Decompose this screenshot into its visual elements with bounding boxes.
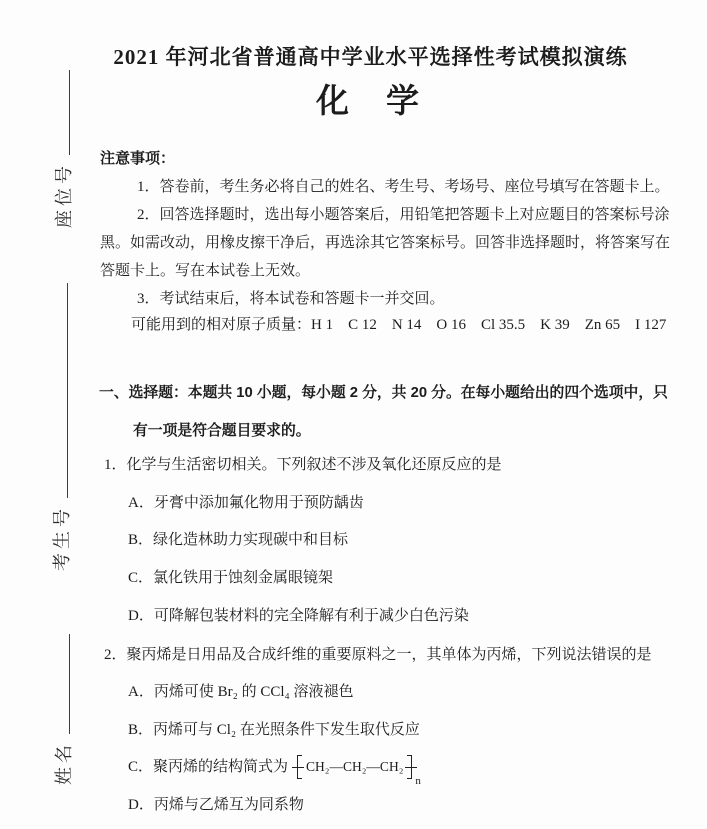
section1-header-line-2: 有一项是符合题目要求的。 (133, 422, 311, 440)
atomic-masses-line: 可能用到的相对原子质量：H 1 C 12 N 14 O 16 Cl 35.5 K… (131, 316, 666, 335)
polypropylene-structure: CH₂—CH₂—CH₂ n (292, 752, 421, 782)
q1-stem: 1．化学与生活密切相关。下列叙述不涉及氧化还原反应的是 (104, 456, 502, 475)
name-text: 姓名 (54, 741, 74, 785)
seat-number-text: 座位号 (54, 162, 74, 228)
section1-header-line-1: 一、选择题：本题共 10 小题，每小题 2 分，共 20 分。在每小题给出的四个… (99, 384, 668, 402)
exam-title: 2021 年河北省普通高中学业水平选择性考试模拟演练 (0, 44, 707, 70)
repeat-unit-formula: CH₂—CH₂—CH₂ (302, 759, 407, 776)
notice-item-2-line-2: 黑。如需改动，用橡皮擦干净后，再选涂其它答案标号。回答非选择题时，将答案写在 (100, 234, 670, 253)
name-blank-line (64, 634, 70, 734)
examinee-number-label: 考生号 (50, 287, 74, 571)
examinee-number-blank-line (62, 283, 68, 498)
q1-option-b: B．绿化造林助力实现碳中和目标 (128, 531, 348, 550)
q2-option-a: A．丙烯可使 Br₂ 的 CCl₄ 溶液褪色 (128, 683, 353, 702)
subscript-n: n (415, 775, 421, 789)
q2-option-b: B．丙烯可与 Cl₂ 在光照条件下发生取代反应 (128, 721, 420, 740)
q2-option-c: C．聚丙烯的结构简式为 CH₂—CH₂—CH₂ n (128, 750, 421, 784)
exam-paper: 座位号 考生号 姓名 2021 年河北省普通高中学业水平选择性考试模拟演练 化 … (0, 0, 707, 829)
notice-heading: 注意事项： (100, 150, 175, 169)
q2-option-d: D．丙烯与乙烯互为同系物 (128, 796, 304, 815)
q1-option-a: A．牙膏中添加氟化物用于预防龋齿 (128, 494, 364, 513)
q1-option-d: D．可降解包装材料的完全降解有利于减少白色污染 (128, 607, 469, 626)
notice-item-2-line-1: 2．回答选择题时，选出每小题答案后，用铅笔把答题卡上对应题目的答案标号涂 (137, 206, 670, 225)
q1-option-c: C．氯化铁用于蚀刻金属眼镜架 (128, 569, 333, 588)
q2-option-c-text: C．聚丙烯的结构简式为 (128, 758, 288, 777)
notice-item-1: 1．答卷前，考生务必将自己的姓名、考生号、考场号、座位号填写在答题卡上。 (137, 178, 670, 197)
notice-item-3: 3．考试结束后，将本试卷和答题卡一并交回。 (137, 290, 445, 309)
subject-title: 化 学 (0, 82, 707, 123)
bond-line-right (405, 767, 417, 768)
name-label: 姓名 (52, 631, 76, 785)
examinee-number-text: 考生号 (52, 505, 72, 571)
notice-item-2-line-3: 答题卡上。写在本试卷上无效。 (100, 262, 310, 281)
q2-stem: 2．聚丙烯是日用品及合成纤维的重要原料之一，其单体为丙烯，下列说法错误的是 (104, 646, 652, 665)
